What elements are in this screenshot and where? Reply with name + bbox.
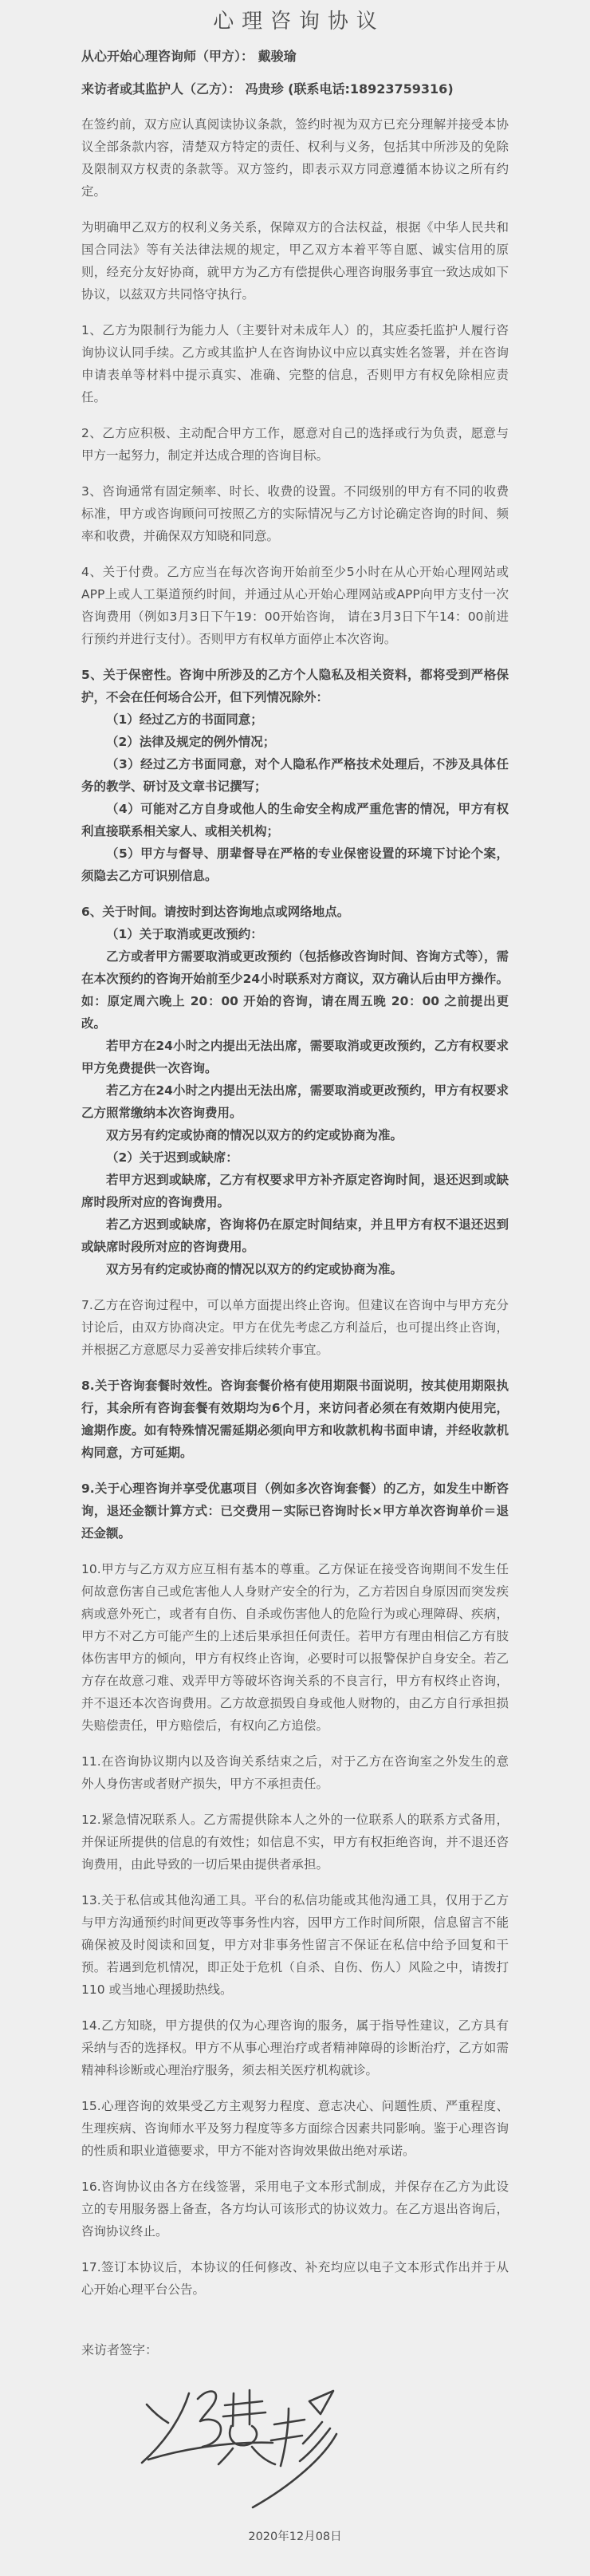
signature-ink-icon (132, 2376, 341, 2513)
clause-paragraph: 17.签订本协议后，本协议的任何修改、补充均应以电子文本形式作出并于从心开始心理… (81, 2256, 509, 2301)
clause-paragraph: 14.乙方知晓，甲方提供的仅为心理咨询的服务，属于指导性建议，乙方具有采纳与否的… (81, 2014, 509, 2081)
clause-paragraph: 13.关于私信或其他沟通工具。平台的私信功能或其他沟通工具，仅用于乙方与甲方沟通… (81, 1889, 509, 2001)
clause-paragraph: 3、咨询通常有固定频率、时长、收费的设置。不同级别的甲方有不同的收费标准，甲方或… (81, 480, 509, 547)
clause-paragraph: 12.紧急情况联系人。乙方需提供除本人之外的一位联系人的联系方式备用，并保证所提… (81, 1809, 509, 1876)
clause-paragraph: 在签约前，双方应认真阅读协议条款，签约时视为双方已充分理解并接受本协议全部条款内… (81, 113, 509, 203)
clause-paragraph: （2）关于迟到或缺席： (81, 1146, 509, 1169)
clause-paragraph: 15.心理咨询的效果受乙方主观努力程度、意志决心、问题性质、严重程度、生理疾病、… (81, 2095, 509, 2162)
clause-paragraph: 10.甲方与乙方双方应互相有基本的尊重。乙方保证在接受咨询期间不发生任何故意伤害… (81, 1558, 509, 1737)
clause-paragraph: 若乙方迟到或缺席，咨询将仍在原定时间结束，并且甲方有权不退还迟到或缺席时段所对应… (81, 1213, 509, 1258)
clause-paragraph: 双方另有约定或协商的情况以双方的约定或协商为准。 (81, 1258, 509, 1280)
clause-paragraph: 若甲方迟到或缺席，乙方有权要求甲方补齐原定咨询时间，退还迟到或缺席时段所对应的咨… (81, 1169, 509, 1213)
agreement-document: 心理咨询协议 从心开始心理咨询师（甲方）： 戴骏瑜 来访者或其监护人（乙方）： … (0, 0, 590, 2576)
clause-paragraph: （1）经过乙方的书面同意； (81, 708, 509, 731)
clause-paragraph: 11.在咨询协议期内以及咨询关系结束之后，对于乙方在咨询室之外发生的意外人身伤害… (81, 1750, 509, 1795)
page-title: 心理咨询协议 (81, 5, 509, 34)
party-b-line: 来访者或其监护人（乙方）： 冯贵珍 (联系电话:18923759316) (81, 79, 509, 100)
handwritten-signature (132, 2376, 341, 2513)
clause-paragraph: （4）可能对乙方自身或他人的生命安全构成严重危害的情况，甲方有权利直接联系相关家… (81, 798, 509, 842)
signature-label: 来访者签字： (81, 2339, 509, 2361)
clause-paragraph: 9.关于心理咨询并享受优惠项目（例如多次咨询套餐）的乙方，如发生中断咨询，退还金… (81, 1477, 509, 1544)
clause-paragraph: （3）经过乙方书面同意，对个人隐私作严格技术处理后，不涉及具体任务的教学、研讨及… (81, 753, 509, 798)
clause-paragraph: 乙方或者甲方需要取消或更改预约（包括修改咨询时间、咨询方式等），需在本次预约的咨… (81, 945, 509, 1035)
clause-paragraph: （5）甲方与督导、朋辈督导在严格的专业保密设置的环境下讨论个案，须隐去乙方可识别… (81, 842, 509, 887)
clause-paragraph: 8.关于咨询套餐时效性。咨询套餐价格有使用期限书面说明，按其使用期限执行，其余所… (81, 1375, 509, 1464)
agreement-clauses: 在签约前，双方应认真阅读协议条款，签约时视为双方已充分理解并接受本协议全部条款内… (81, 113, 509, 2301)
clause-paragraph: 7.乙方在咨询过程中，可以单方面提出终止咨询。但建议在咨询中与甲方充分讨论后，由… (81, 1294, 509, 1361)
clause-paragraph: 16.咨询协议由各方在线签署，采用电子文本形式制成，并保存在乙方为此设立的专用服… (81, 2176, 509, 2243)
clause-paragraph: （2）法律及规定的例外情况； (81, 731, 509, 753)
clause-paragraph: 双方另有约定或协商的情况以双方的约定或协商为准。 (81, 1124, 509, 1146)
clause-paragraph: 若甲方在24小时之内提出无法出席，需要取消或更改预约，乙方有权要求甲方免费提供一… (81, 1035, 509, 1079)
clause-paragraph: 1、乙方为限制行为能力人（主要针对未成年人）的，其应委托监护人履行咨询协议认同手… (81, 319, 509, 408)
clause-paragraph: 6、关于时间。请按时到达咨询地点或网络地点。 (81, 901, 509, 923)
clause-paragraph: 5、关于保密性。咨询中所涉及的乙方个人隐私及相关资料，都将受到严格保护，不会在任… (81, 664, 509, 708)
clause-paragraph: 若乙方在24小时之内提出无法出席，需要取消或更改预约，甲方有权要求乙方照常缴纳本… (81, 1079, 509, 1124)
clause-paragraph: 4、关于付费。乙方应当在每次咨询开始前至少5小时在从心开始心理网站或APP上或人… (81, 561, 509, 650)
signature-date: 2020年12月08日 (81, 2527, 509, 2544)
clause-paragraph: （1）关于取消或更改预约： (81, 923, 509, 945)
clause-paragraph: 为明确甲乙双方的权利义务关系，保障双方的合法权益，根据《中华人民共和国合同法》等… (81, 216, 509, 306)
party-a-line: 从心开始心理咨询师（甲方）： 戴骏瑜 (81, 46, 509, 67)
clause-paragraph: 2、乙方应积极、主动配合甲方工作，愿意对自己的选择或行为负责，愿意与甲方一起努力… (81, 422, 509, 467)
